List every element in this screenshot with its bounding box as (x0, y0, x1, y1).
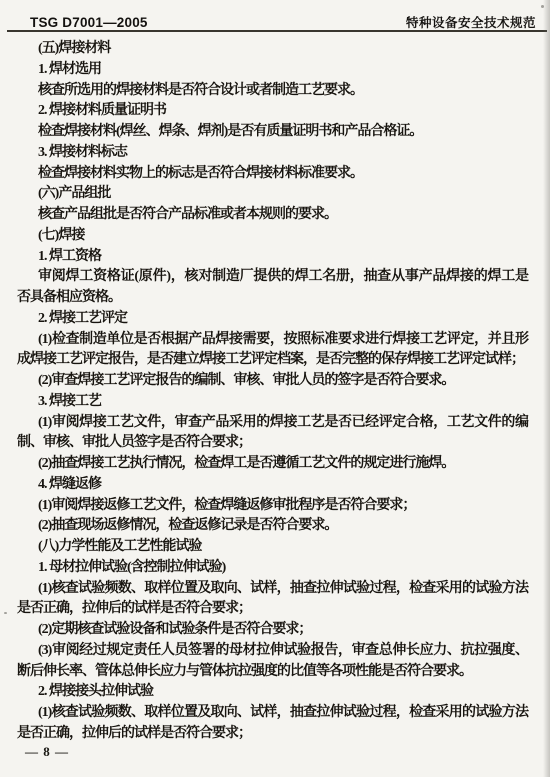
scan-speck (541, 5, 544, 8)
text-line: 否具备相应资格。 (17, 288, 528, 309)
text-line: 核查所选用的焊接材料是否符合设计或者制造工艺要求。 (17, 81, 528, 102)
scan-edge-shadow (543, 0, 550, 777)
text-line: (2)审查焊接工艺评定报告的编制、审核、审批人员的签字是否符合要求。 (17, 371, 528, 392)
text-line: 是否正确，拉伸后的试样是否符合要求； (17, 599, 528, 620)
text-line: 是否正确，拉伸后的试样是否符合要求； (17, 724, 528, 745)
text-line: 1. 焊工资格 (17, 247, 528, 268)
text-line: 4. 焊缝返修 (17, 475, 528, 496)
spec-title: 特种设备安全技术规范 (406, 13, 536, 31)
text-line: (3)审阅经过规定责任人员签署的母材拉伸试验报告，审查总伸长应力、抗拉强度、 (17, 641, 528, 662)
text-line: 检查焊接材料(焊丝、焊条、焊剂)是否有质量证明书和产品合格证。 (17, 122, 528, 143)
text-line: 2. 焊接工艺评定 (17, 309, 528, 330)
text-line: (2)抽查现场返修情况，检查返修记录是否符合要求。 (17, 516, 528, 537)
text-line: (1)检查制造单位是否根据产品焊接需要，按照标准要求进行焊接工艺评定，并且形 (17, 330, 528, 351)
scan-speck (4, 612, 7, 614)
text-line: (五)焊接材料 (17, 39, 528, 60)
header-rule (7, 30, 547, 32)
text-line: 审阅焊工资格证(原件)，核对制造厂提供的焊工名册，抽查从事产品焊接的焊工是 (17, 267, 528, 288)
document-body: (五)焊接材料1. 焊材选用核查所选用的焊接材料是否符合设计或者制造工艺要求。2… (17, 39, 528, 745)
text-line: (八)力学性能及工艺性能试验 (17, 537, 528, 558)
text-line: 1. 焊材选用 (17, 60, 528, 81)
page-header: TSG D7001—2005 特种设备安全技术规范 (30, 13, 536, 31)
text-line: 断后伸长率、管体总伸长应力与管体抗拉强度的比值等各项性能是否符合要求。 (17, 662, 528, 683)
text-line: 3. 焊接材料标志 (17, 143, 528, 164)
text-line: 制、审核、审批人员签字是否符合要求； (17, 433, 528, 454)
text-line: (1)审阅焊接工艺文件，审查产品采用的焊接工艺是否已经评定合格，工艺文件的编 (17, 413, 528, 434)
text-line: (2)抽查焊接工艺执行情况，检查焊工是否遵循工艺文件的规定进行施焊。 (17, 454, 528, 475)
text-line: 2. 焊接接头拉伸试验 (17, 682, 528, 703)
text-line: (六)产品组批 (17, 184, 528, 205)
document-code: TSG D7001—2005 (30, 15, 148, 30)
page-number: — 8 — (25, 744, 69, 760)
text-line: (1)审阅焊接返修工艺文件，检查焊缝返修审批程序是否符合要求； (17, 496, 528, 517)
text-line: (2)定期核查试验设备和试验条件是否符合要求； (17, 620, 528, 641)
text-line: 2. 焊接材料质量证明书 (17, 101, 528, 122)
text-line: (1)核查试验频数、取样位置及取向、试样，抽查拉伸试验过程，检查采用的试验方法 (17, 579, 528, 600)
text-line: (七)焊接 (17, 226, 528, 247)
text-line: 成焊接工艺评定报告，是否建立焊接工艺评定档案，是否完整的保存焊接工艺评定试样； (17, 350, 528, 371)
scan-speck (512, 334, 514, 336)
text-line: 3. 焊接工艺 (17, 392, 528, 413)
text-line: (1)核查试验频数、取样位置及取向、试样，抽查拉伸试验过程，检查采用的试验方法 (17, 703, 528, 724)
scanned-document-page: TSG D7001—2005 特种设备安全技术规范 (五)焊接材料1. 焊材选用… (0, 0, 550, 777)
text-line: 1. 母材拉伸试验(含控制拉伸试验) (17, 558, 528, 579)
text-line: 核查产品组批是否符合产品标准或者本规则的要求。 (17, 205, 528, 226)
text-line: 检查焊接材料实物上的标志是否符合焊接材料标准要求。 (17, 164, 528, 185)
